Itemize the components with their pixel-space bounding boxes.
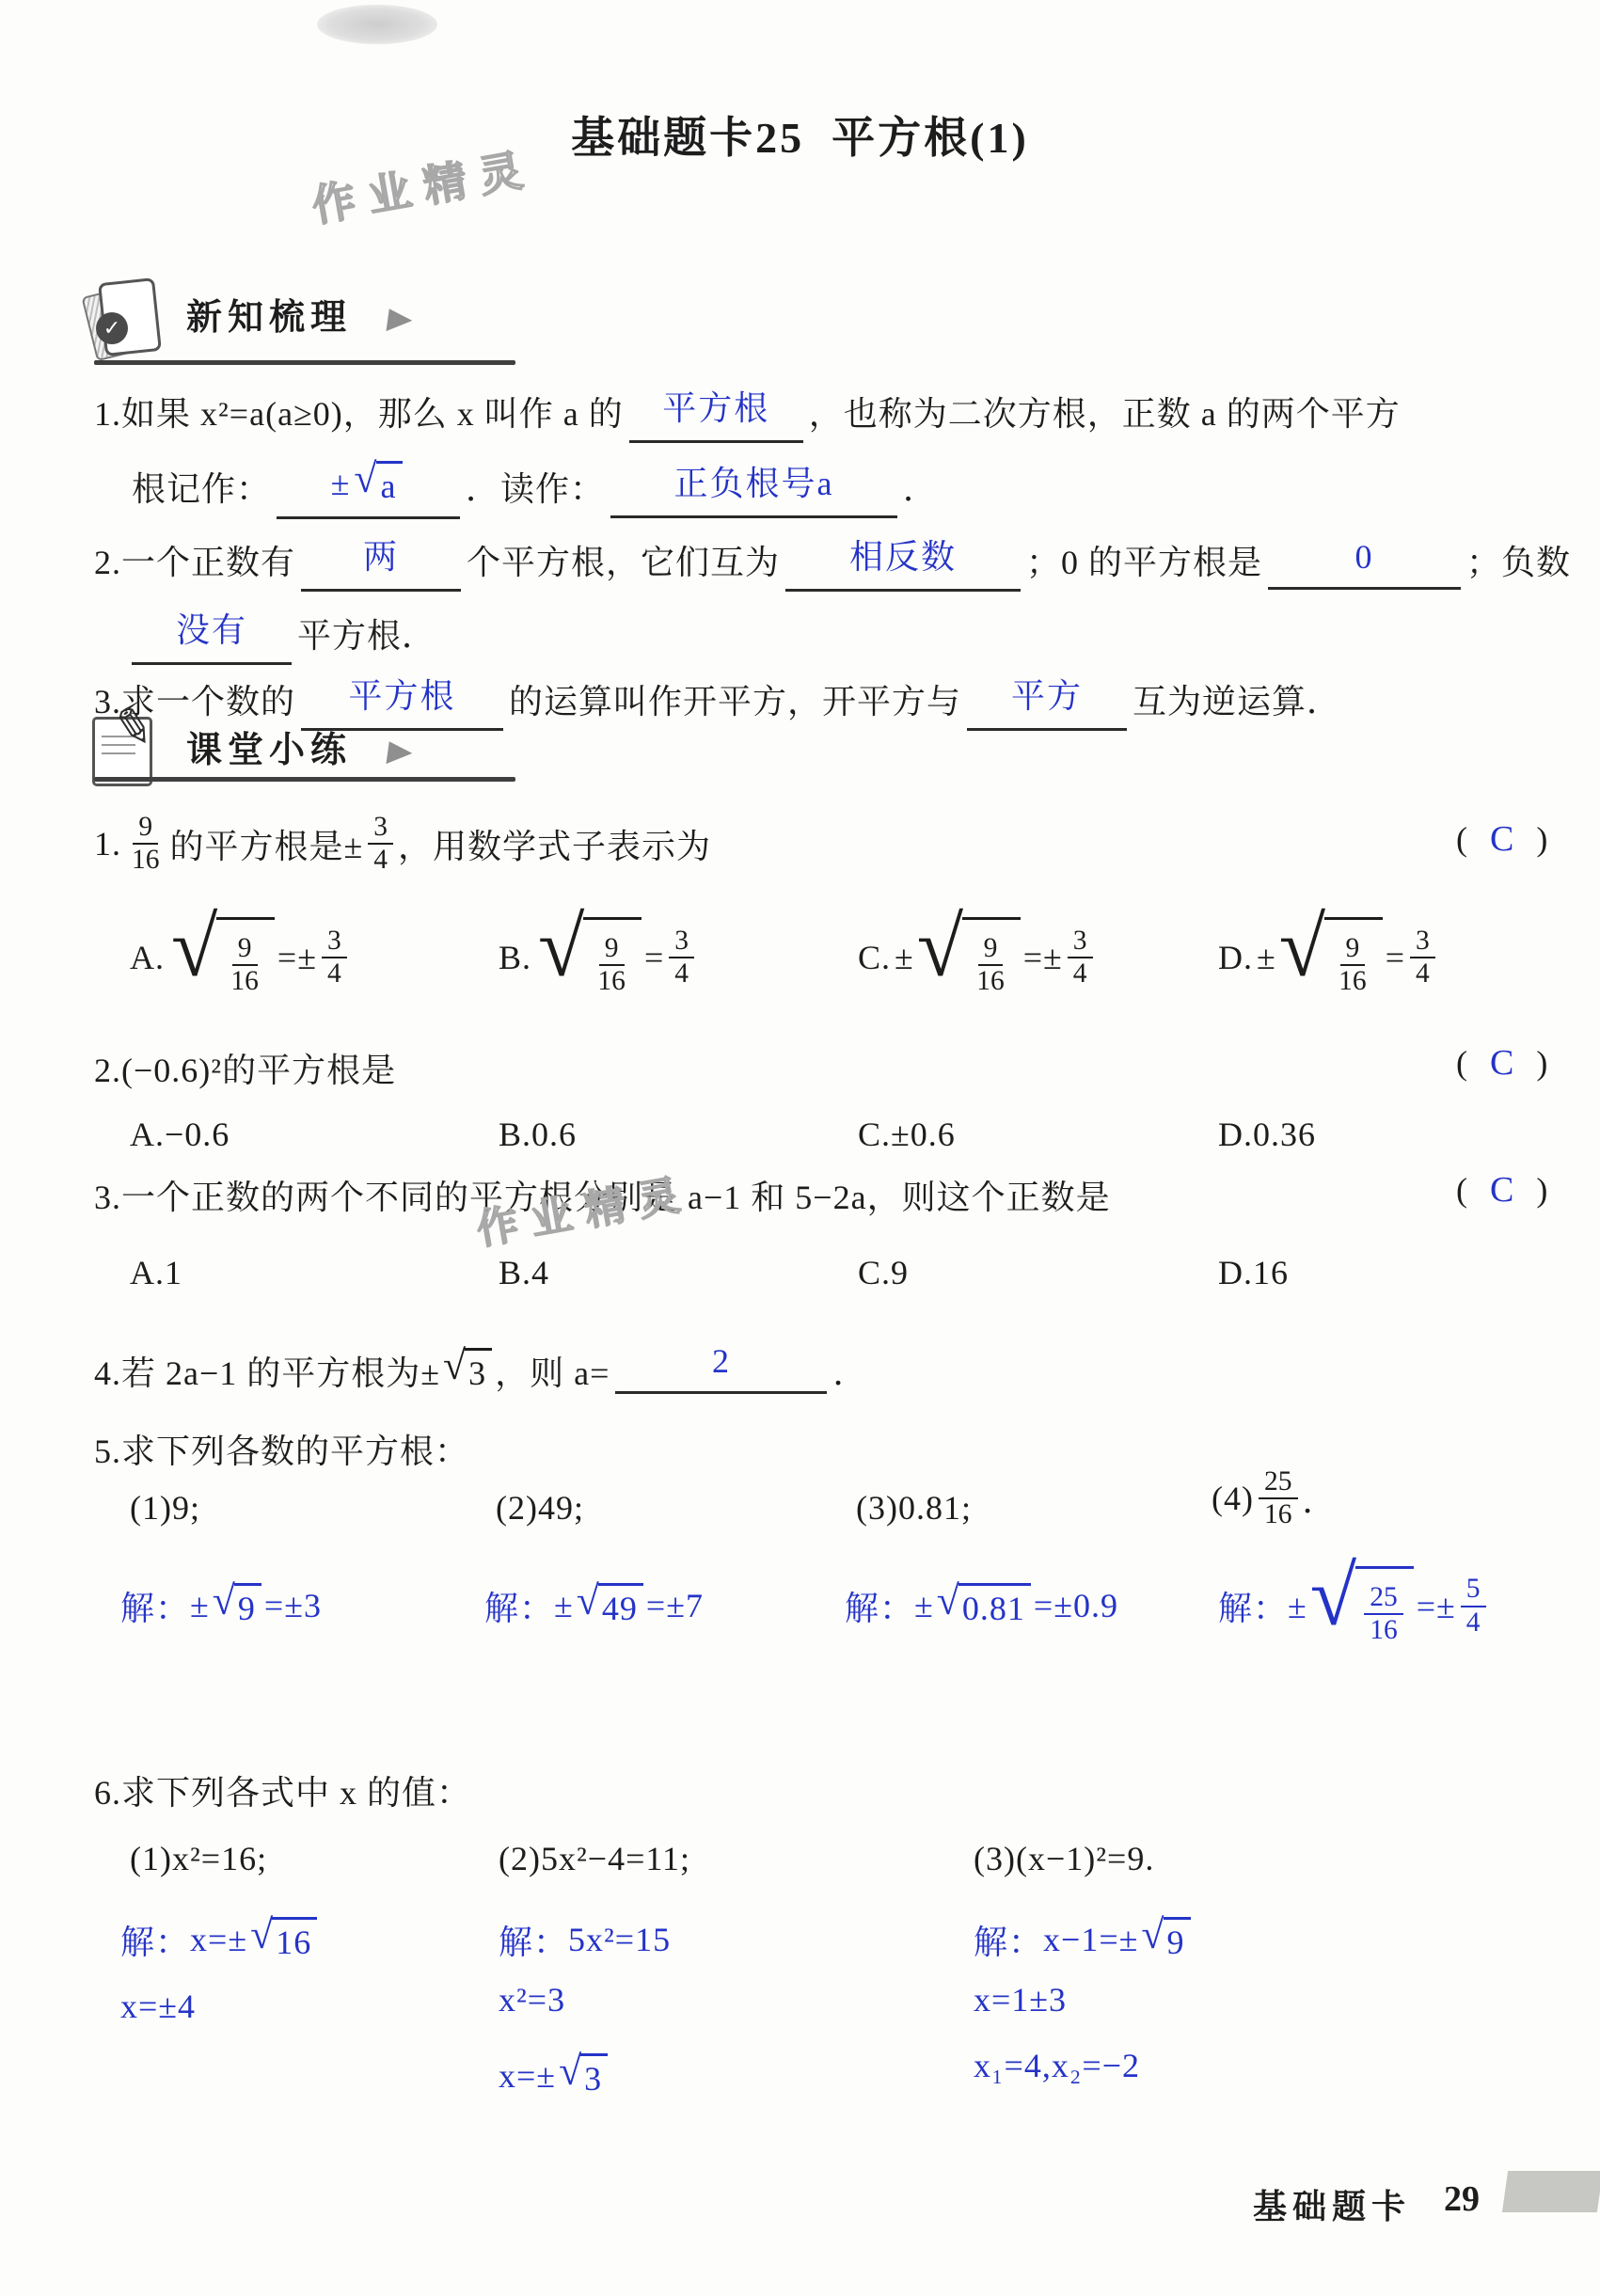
q1-blank1: 平方根 <box>629 388 803 443</box>
check-icon: ✓ <box>96 312 128 344</box>
p-q5-sol2: 解： ± 49 =±7 <box>484 1573 704 1639</box>
denominator: 16 <box>592 966 631 997</box>
p-q6-part3: (3)(x−1)²=9. <box>974 1839 1154 1878</box>
sqrt-radical: 9 <box>1141 1917 1190 1962</box>
option-label: A. <box>130 938 165 977</box>
q2-blank3: 0 <box>1268 543 1461 590</box>
numerator: 9 <box>978 933 1004 966</box>
s1-q1-line2: 根记作： ±a ．读作： 正负根号a ． <box>132 463 938 519</box>
p-q1-option-a: A. 916 =± 34 <box>130 917 352 997</box>
fraction-9-16: 916 <box>126 812 166 876</box>
sqrt-radical: 916 <box>1279 917 1383 997</box>
numerator: 9 <box>599 933 625 966</box>
denominator: 4 <box>322 958 347 990</box>
p-q4-answer: 2 <box>712 1341 731 1381</box>
paren-open: ( <box>1456 819 1467 859</box>
p-q5-part4: (4) 2516 ． <box>1212 1456 1338 1541</box>
p-q5-part3: (3)0.81; <box>856 1488 972 1528</box>
equation-text: x=± <box>190 1920 247 1959</box>
radicand: 3 <box>465 1348 492 1393</box>
p-q6-col1-line1: 解： x=± 16 <box>120 1909 320 1970</box>
option-pre: ± <box>895 938 914 977</box>
p-q1-mid: 的平方根是± <box>170 820 364 868</box>
fraction-result: 54 <box>1461 1574 1486 1638</box>
p-q1-option-d: D. ± 916 = 34 <box>1218 917 1440 997</box>
solution-result: =±7 <box>646 1586 704 1625</box>
p-q3-option-b: B.4 <box>499 1253 549 1292</box>
section1-rule <box>94 360 515 365</box>
q2-blank2: 相反数 <box>785 536 1021 592</box>
fraction-3-4: 34 <box>368 812 393 876</box>
q2-line2-end: 平方根． <box>297 610 436 657</box>
paren-open: ( <box>1456 1043 1467 1083</box>
q2-blank1: 两 <box>301 536 461 592</box>
scan-artifact-blob <box>317 5 437 44</box>
plus-minus-sign: ± <box>1288 1587 1307 1626</box>
numerator: 9 <box>133 812 158 845</box>
p-q4-line: 4.若 2a−1 的平方根为± 3 ，则 a= 2 ． <box>94 1338 867 1403</box>
fraction-result: 34 <box>669 926 694 990</box>
solution-label: 解： <box>499 1916 568 1964</box>
q3-answer1: 平方根 <box>349 670 456 718</box>
q1-answer3: 正负根号a <box>674 457 834 505</box>
q3-answer2: 平方 <box>1011 670 1083 718</box>
p-q6-part1: (1)x²=16; <box>130 1839 267 1878</box>
sqrt-radical: 16 <box>250 1917 317 1962</box>
denominator: 16 <box>1333 966 1372 997</box>
q1-blank2: ±a <box>277 467 460 519</box>
triangle-arrow-icon-2 <box>386 741 413 767</box>
check-glyph: ✓ <box>103 317 120 340</box>
paren-close: ) <box>1536 1170 1547 1210</box>
period: ． <box>1303 1475 1338 1523</box>
radicand: 9 <box>1164 1917 1191 1962</box>
fraction: 916 <box>1333 933 1372 997</box>
p-q1-option-c: C. ± 916 =± 34 <box>858 917 1098 997</box>
p-q6-part2: (2)5x²−4=11; <box>499 1839 690 1878</box>
solution-label: 解： <box>484 1582 554 1630</box>
p-q2-answer: ( C ) <box>1456 1042 1547 1084</box>
solution-label: 解： <box>120 1916 190 1964</box>
equals-sign: =± <box>277 938 317 977</box>
p-q1-stem: 1. 916 的平方根是± 34 ，用数学式子表示为 <box>94 801 711 886</box>
numerator: 3 <box>322 926 347 958</box>
p-q3-answer: ( C ) <box>1456 1169 1547 1211</box>
p-q6-col2-line2: x²=3 <box>499 1980 565 2019</box>
numerator: 3 <box>368 812 393 845</box>
paren-open: ( <box>1456 1170 1467 1210</box>
page-title: 基础题卡25 平方根(1) <box>0 103 1600 166</box>
solution-label: 解： <box>120 1582 190 1630</box>
q2-text-mid2: ；0 的平方根是 <box>1026 536 1262 584</box>
p-q4-mid: ，则 a= <box>495 1347 610 1395</box>
p-q3-option-d: D.16 <box>1218 1253 1289 1292</box>
answer-letter: C <box>1490 818 1513 860</box>
denominator: 4 <box>669 958 694 990</box>
sqrt-radical: 916 <box>171 917 275 997</box>
q1-line2-pre: 根记作： <box>132 463 271 511</box>
q2-text-end: ；负数 <box>1466 536 1571 584</box>
q3-blank2: 平方 <box>967 675 1127 731</box>
q1-answer1: 平方根 <box>662 382 769 430</box>
p-q4-blank: 2 <box>615 1347 827 1394</box>
solution-label: 解： <box>974 1916 1043 1964</box>
fraction-result: 34 <box>1410 926 1435 990</box>
s1-q1-line1: 1.如果 x²=a(a≥0)，那么 x 叫作 a 的 平方根 ，也称为二次方根，… <box>94 388 1401 443</box>
option-label: C. <box>858 938 891 977</box>
numerator: 3 <box>1410 926 1435 958</box>
section2-heading: 课堂小练 <box>186 720 352 772</box>
q1-text-post: ，也称为二次方根，正数 a 的两个平方 <box>809 388 1401 435</box>
denominator: 4 <box>1461 1607 1486 1639</box>
p-q1-end: ，用数学式子表示为 <box>398 820 711 868</box>
p-q2-stem: 2.(−0.6)²的平方根是 <box>94 1044 396 1092</box>
equals-sign: =± <box>1023 938 1063 977</box>
equals-sign: =± <box>1417 1587 1456 1626</box>
footer-label: 基础题卡 <box>1253 2180 1411 2228</box>
fraction-result: 34 <box>322 926 347 990</box>
paren-close: ) <box>1536 1043 1547 1083</box>
fraction: 916 <box>225 933 264 997</box>
q1-line2-end: ． <box>903 463 938 511</box>
radicand: 16 <box>272 1917 317 1962</box>
q1-text-pre: 1.如果 x²=a(a≥0)，那么 x 叫作 a 的 <box>94 388 624 435</box>
fraction: 2516 <box>1364 1582 1403 1646</box>
q2-answer3: 0 <box>1355 537 1374 577</box>
p-q2-option-c: C.±0.6 <box>858 1115 956 1154</box>
q3-text-mid: 的运算叫作开平方，开平方与 <box>509 675 961 723</box>
q2-blank4: 没有 <box>132 610 292 665</box>
triangle-arrow-icon <box>386 309 413 334</box>
denominator: 4 <box>1410 958 1435 990</box>
p-q2-option-a: A.−0.6 <box>130 1115 230 1154</box>
sqrt-radical: 9 <box>213 1583 261 1628</box>
solution-result: =±0.9 <box>1034 1586 1118 1625</box>
answer-letter: C <box>1490 1042 1513 1084</box>
s1-q2-line2: 没有 平方根． <box>132 610 436 665</box>
equation-text: x=± <box>499 2056 556 2096</box>
p-q6-col2-line3: x=± 3 <box>499 2046 610 2106</box>
p-q6-col3-line3: x₁=4,x₂=−2 <box>974 2046 1140 2085</box>
sqrt-radical: 0.81 <box>937 1583 1031 1628</box>
q2-text-pre: 2.一个正数有 <box>94 536 295 584</box>
fraction: 916 <box>592 933 631 997</box>
p-q5-sol3: 解： ± 0.81 =±0.9 <box>845 1573 1118 1639</box>
plus-minus-sign: ± <box>914 1586 934 1625</box>
solution-result: =±3 <box>264 1586 322 1625</box>
p-q5-sol1: 解： ± 9 =±3 <box>120 1573 322 1639</box>
radicand: 49 <box>598 1583 643 1628</box>
p-q3-option-c: C.9 <box>858 1253 909 1292</box>
p-q1-answer: ( C ) <box>1456 818 1547 860</box>
section2-rule <box>94 777 515 782</box>
answer-letter: C <box>1490 1169 1513 1211</box>
numerator: 3 <box>669 926 694 958</box>
fraction: 916 <box>971 933 1010 997</box>
radicand: 0.81 <box>958 1583 1031 1628</box>
q1-blank3: 正负根号a <box>610 463 897 518</box>
option-label: D. <box>1218 938 1253 977</box>
q1-answer2: ±a <box>331 461 406 506</box>
s1-q2-line1: 2.一个正数有 两 个平方根，它们互为 相反数 ；0 的平方根是 0 ；负数 <box>94 536 1571 592</box>
q2-answer4: 没有 <box>176 604 247 652</box>
equals-sign: = <box>1386 938 1405 977</box>
plus-minus-sign: ± <box>190 1586 210 1625</box>
p-q5-head: 5.求下列各数的平方根： <box>94 1425 469 1473</box>
sqrt-radical: 3 <box>559 2053 608 2098</box>
p-q6-col3-line1: 解： x−1=± 9 <box>974 1909 1194 1970</box>
footer-edge-tab <box>1502 2171 1600 2212</box>
p-q2-option-b: B.0.6 <box>499 1115 577 1154</box>
equation-text: 5x²=15 <box>568 1920 671 1959</box>
workbook-page: 基础题卡25 平方根(1) 作业精灵 ✓ 新知梳理 1.如果 x²=a(a≥0)… <box>0 0 1600 2296</box>
fraction-result: 34 <box>1068 926 1093 990</box>
footer-page-number: 29 <box>1444 2178 1480 2220</box>
numerator: 25 <box>1259 1466 1298 1499</box>
p-q4-pre: 4.若 2a−1 的平方根为± <box>94 1347 440 1395</box>
numerator: 9 <box>1340 933 1366 966</box>
fraction-25-16: 2516 <box>1259 1466 1298 1530</box>
section1-heading: 新知梳理 <box>186 288 352 340</box>
numerator: 9 <box>232 933 258 966</box>
denominator: 4 <box>368 845 393 876</box>
equation-text: x−1=± <box>1043 1920 1138 1959</box>
numerator: 3 <box>1068 926 1093 958</box>
p-q6-col3-line2: x=1±3 <box>974 1980 1067 2019</box>
p-q6-col2-line1: 解： 5x²=15 <box>499 1909 671 1970</box>
p-q1-number: 1. <box>94 824 121 863</box>
radicand: 3 <box>580 2053 608 2098</box>
p-q4-end: ． <box>832 1347 867 1395</box>
p-q5-part1: (1)9; <box>130 1488 200 1528</box>
plus-minus-sign: ± <box>331 464 352 503</box>
denominator: 16 <box>225 966 264 997</box>
p-q5-part2: (2)49; <box>496 1488 584 1528</box>
denominator: 16 <box>971 966 1010 997</box>
sqrt-radical: 3 <box>443 1348 492 1393</box>
solution-label: 解： <box>845 1582 914 1630</box>
denominator: 4 <box>1068 958 1093 990</box>
p-q6-head: 6.求下列各式中 x 的值： <box>94 1766 471 1814</box>
sqrt-radical: a <box>354 461 403 506</box>
q2-answer1: 两 <box>363 530 399 578</box>
part-number: (4) <box>1212 1479 1254 1518</box>
p-q5-sol4: 解： ± 2516 =± 54 <box>1218 1561 1491 1651</box>
solution-label: 解： <box>1218 1582 1288 1630</box>
sqrt-radical: 916 <box>538 917 642 997</box>
denominator: 16 <box>1259 1499 1298 1530</box>
p-q2-option-d: D.0.36 <box>1218 1115 1316 1154</box>
q3-text-end: 互为逆运算． <box>1133 675 1341 723</box>
p-q3-option-a: A.1 <box>130 1253 182 1292</box>
q2-text-mid1: 个平方根，它们互为 <box>467 536 780 584</box>
q2-answer2: 相反数 <box>849 530 957 578</box>
radicand: a <box>376 461 403 506</box>
plus-minus-sign: ± <box>554 1586 574 1625</box>
numerator: 5 <box>1461 1574 1486 1607</box>
p-q1-option-b: B. 916 = 34 <box>499 917 699 997</box>
denominator: 16 <box>126 845 166 876</box>
numerator: 25 <box>1364 1582 1403 1615</box>
q1-line2-mid: ．读作： <box>466 463 605 511</box>
sqrt-radical: 916 <box>917 917 1021 997</box>
equals-sign: = <box>644 938 664 977</box>
notes-check-icon: ✓ <box>87 277 169 363</box>
option-pre: ± <box>1257 938 1276 977</box>
sqrt-radical: 2516 <box>1310 1566 1414 1646</box>
denominator: 16 <box>1364 1615 1403 1646</box>
p-q6-col1-line2: x=±4 <box>120 1987 196 2026</box>
sqrt-radical: 49 <box>577 1583 643 1628</box>
option-label: B. <box>499 938 531 977</box>
paren-close: ) <box>1536 819 1547 859</box>
radicand: 9 <box>234 1583 261 1628</box>
